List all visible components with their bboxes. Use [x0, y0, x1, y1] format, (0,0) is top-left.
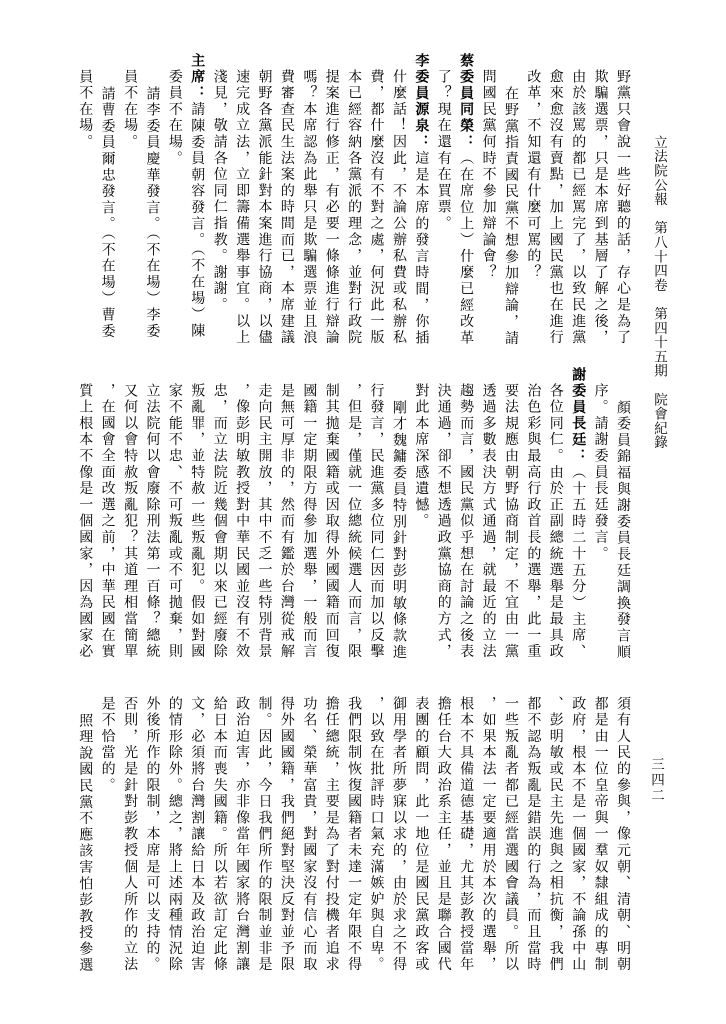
text-column: 政治迫害，亦非像當年國家將台灣割讓	[230, 680, 252, 980]
text-column: 序。請謝委員長廷發言。	[588, 367, 610, 667]
text-column: 是不恰當的。	[95, 680, 117, 980]
speaker-name: 主席：	[189, 53, 204, 102]
text-column: 問國民黨何時不參加辯論會？	[476, 53, 498, 353]
text-column: 委員不在場。	[162, 53, 184, 353]
text-column: 費，都什麼沒有不對之處，何況此一版	[364, 53, 386, 353]
text-column: 外後所作的限制，本席是可以支持的。	[140, 680, 162, 980]
text-column: 本已經容納各黨派的理念，並對行政院	[342, 53, 364, 353]
speaker-text-column: 謝委員長廷：（十五時二十五分）主席、	[566, 367, 588, 667]
text-column: 一些叛亂者都已經當選國會議員。所以	[499, 680, 521, 980]
speaker-name: 蔡委員同榮：	[458, 53, 473, 151]
text-column: 朝野各黨派能針對本案進行協商，以儘	[252, 53, 274, 353]
text-column: 要法規應由朝野協商制定，不宜由一黨	[499, 367, 521, 667]
speaker-name: 謝委員長廷：	[570, 367, 585, 465]
text-column: 國籍一定期限方得參加選舉，一般而言	[297, 367, 319, 667]
text-column: 趨勢而言，國民黨似乎想在討論之後表	[454, 367, 476, 667]
text-column: 治色彩與最高行政首長的選舉，此一重	[521, 367, 543, 667]
text-column: 我們限制恢復國籍者未達一定年限不得	[342, 680, 364, 980]
text-column: 野黨只會說一些好聽的話，存心是為了	[611, 53, 633, 353]
speaker-text-column: 主席：請陳委員朝容發言。（不在場）陳	[185, 53, 207, 353]
text-column: 請曹委員爾忠發言。（不在場）曹委	[95, 53, 117, 353]
text-column: 由於該罵的都已經罵完了，以致民進黨	[566, 53, 588, 353]
gazette-header-title: 立法院公報 第八十四卷 第四十五期 院會紀錄	[649, 135, 669, 450]
text-column: 制。因此，今日我們所作的限制並非是	[252, 680, 274, 980]
text-column: 御用學者所夢寐以求的，由於求之不得	[387, 680, 409, 980]
text-column: 提案進行修正，有必要一條條進行辯論	[319, 53, 341, 353]
text-column: 對此本席深感遺憾。	[409, 367, 431, 667]
text-column: 、彭明敏或民主先進與之相抗衡，我們	[543, 680, 565, 980]
text-column: 了？現在還有在買票。	[431, 53, 453, 353]
text-column: 透過多數表決方式通過，就最近的立法	[476, 367, 498, 667]
text-column: ，但是，僅就一位總統候選人而言，限	[342, 367, 364, 667]
text-column: 請李委員慶華發言。（不在場）李委	[140, 53, 162, 353]
text-column: ，像彭明敏教授對中華民國並沒有不效	[230, 367, 252, 667]
text-column: 欺騙選票，只是本席到基層了解之後，	[588, 53, 610, 353]
text-column: 員不在場。	[118, 53, 140, 353]
text-column: 決通過，卻不想透過政黨協商的方式，	[431, 367, 453, 667]
text-section-middle: 顏委員錦福與謝委員長廷調換發言順序。請謝委員長廷發言。謝委員長廷：（十五時二十五…	[73, 367, 633, 667]
speaker-text-column: 蔡委員同榮：（在席位上）什麼已經改革	[454, 53, 476, 353]
text-column: 愈來愈沒有賣點，加上國民黨也在進行	[543, 53, 565, 353]
text-column: 各位同仁。由於正副總統選舉是最具政	[543, 367, 565, 667]
text-column: 叛亂罪，並特赦一些叛亂犯。假如對國	[185, 367, 207, 667]
text-column: ，以致在批評時口氣充滿嫉妒與自卑。	[364, 680, 386, 980]
speaker-name: 李委員源泉：	[413, 53, 428, 151]
text-column: 擔任台大政治系主任，並且是聯合國代	[431, 680, 453, 980]
speaker-text-column: 李委員源泉：這是本席的發言時間，你插	[409, 53, 431, 353]
text-column: 否則，光是針對彭教授個人所作的立法	[118, 680, 140, 980]
text-column: 照理說國民黨不應該害怕彭教授參選	[73, 680, 95, 980]
text-column: 是無可厚非的，然而有鑑於台灣從戒解	[275, 367, 297, 667]
text-column: 走向民主開放，其中不乏一些特別背景	[252, 367, 274, 667]
text-column: 擔任總統，主要是為了對付投機者追求	[319, 680, 341, 980]
text-column: 行發言，民進黨多位同仁因而加以反擊	[364, 367, 386, 667]
text-column: 文，必須將台灣割讓給日本及政治迫害	[185, 680, 207, 980]
text-column: 又何以會特赦叛亂犯？其道理相當簡單	[118, 367, 140, 667]
page-number: 三四二	[646, 757, 666, 804]
text-column: 都是由一位皇帝與一羣奴隸組成的專制	[588, 680, 610, 980]
text-section-top: 野黨只會說一些好聽的話，存心是為了欺騙選票，只是本席到基層了解之後，由於該罵的都…	[73, 53, 633, 353]
text-column: 嗎？本席認為此舉只是欺騙選票並且浪	[297, 53, 319, 353]
text-section-bottom: 須有人民的參與，像元朝、清朝、明朝都是由一位皇帝與一羣奴隸組成的專制政府，根本不…	[73, 680, 633, 980]
text-column: 忠，而立法院近幾個會期以來已經廢除	[207, 367, 229, 667]
text-column: 立法院何以會廢除刑法第一百條？總統	[140, 367, 162, 667]
text-column: 得外國國籍，我們絕對堅決反對並予限	[275, 680, 297, 980]
text-column: 顏委員錦福與謝委員長廷調換發言順	[611, 367, 633, 667]
text-column: 功名、榮華富貴，對國家沒有信心而取	[297, 680, 319, 980]
text-column: 家不能不忠、不可叛亂或不可拋棄，則	[162, 367, 184, 667]
text-column: 改革，不知還有什麼可罵的？	[521, 53, 543, 353]
text-column: 政府，根本不是一個國家，不論孫中山	[566, 680, 588, 980]
gazette-page: 立法院公報 第八十四卷 第四十五期 院會紀錄 三四二 野黨只會說一些好聽的話，存…	[0, 0, 726, 1024]
text-column: 淺見，敬請各位同仁指教。謝謝。	[207, 53, 229, 353]
text-column: 費審查民生法案的時間而已，本席建議	[275, 53, 297, 353]
text-column: 速完成立法，立即籌備選舉事宜。以上	[230, 53, 252, 353]
text-column: 根本不具備道德基礎，尤其彭教授當年	[454, 680, 476, 980]
text-column: 的情形除外。總之，將上述兩種情況除	[162, 680, 184, 980]
text-column: 剛才魏鏞委員特別針對彭明敏條款進	[387, 367, 409, 667]
text-column: 須有人民的參與，像元朝、清朝、明朝	[611, 680, 633, 980]
text-column: 給日本而喪失國籍。所以若欲訂定此條	[207, 680, 229, 980]
text-column: ，在國會全面改選之前，中華民國在實	[95, 367, 117, 667]
text-column: 制其拋棄國籍或因取得外國國籍而回復	[319, 367, 341, 667]
text-column: 員不在場。	[73, 53, 95, 353]
text-column: 什麼話！因此，不論公辦私費或私辦私	[387, 53, 409, 353]
text-column: 在野黨指責國民黨不想參加辯論，請	[499, 53, 521, 353]
text-column: ，如果本法一定要適用於本次的選舉，	[476, 680, 498, 980]
text-column: 質上根本不像是一個國家，因為國家必	[73, 367, 95, 667]
text-column: 表團的顧問，此一地位是國民黨政客或	[409, 680, 431, 980]
text-column: 都不認為叛亂是錯誤的行為，而且當時	[521, 680, 543, 980]
